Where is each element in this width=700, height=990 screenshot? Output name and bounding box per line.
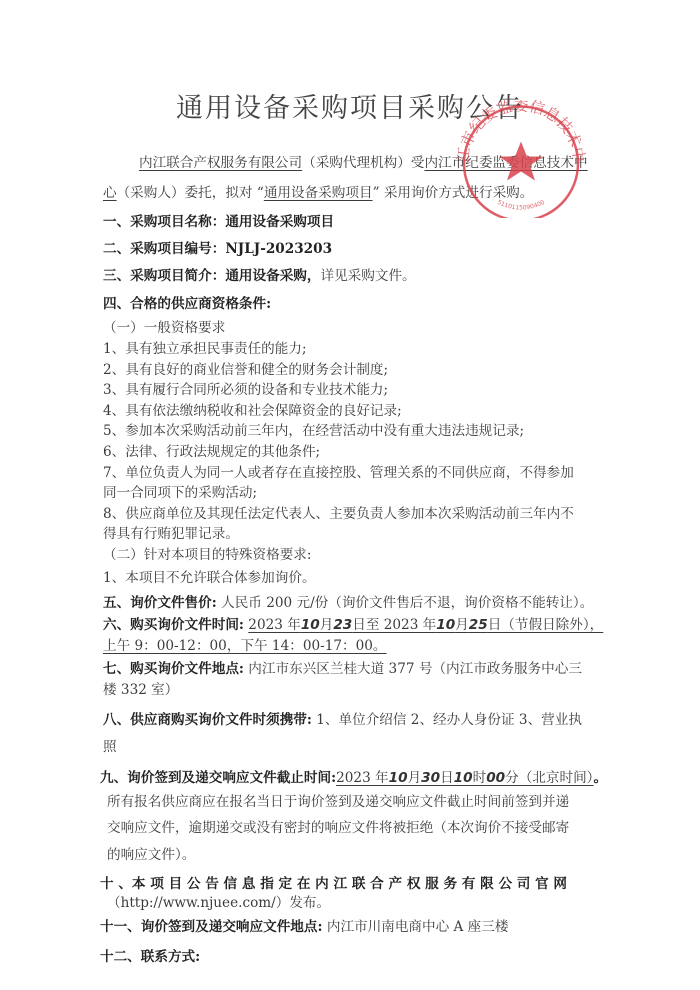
section-3-value: 通用设备采购， [225, 268, 320, 284]
section-12-label: 十二、联系方式: [100, 945, 200, 965]
text: 。 [593, 770, 607, 786]
general-item: 1、具有独立承担民事责任的能力; [103, 337, 307, 357]
general-item: 3、具有履行合同所必须的设备和专业技术能力; [103, 378, 388, 398]
section-8-cont: 照 [103, 735, 117, 755]
section-2: 二、采购项目编号：NJLJ-2023203 [103, 237, 332, 257]
project-name-ref: 通用设备采购项目 [264, 185, 373, 201]
handwritten-minute: 00 [486, 770, 505, 786]
section-11-value: 内江市川南电商中心 A 座三楼 [323, 919, 509, 935]
official-seal-icon: 内江市纪委监委信息技术中心 5110115090400 [446, 100, 596, 218]
section-5-value: 人民币 200 元/份（询价文件售后不退，询价资格不能转让）。 [217, 595, 594, 611]
text: 月 [408, 770, 422, 786]
section-7-label: 七、购买询价文件地点: [103, 661, 244, 677]
section-1-value: 通用设备采购项目 [225, 214, 334, 230]
text: 日至 2023 年 [352, 617, 436, 633]
purchaser-role: （采购人）委托，拟对 “ [117, 185, 264, 201]
text: 月 [320, 617, 334, 633]
handwritten-month: 10 [389, 770, 408, 786]
purchaser-name-cont: 心 [103, 185, 117, 201]
section-2-label: 二、采购项目编号： [103, 241, 225, 257]
general-item: 6、法律、行政法规规定的其他条件; [103, 440, 320, 460]
section-6: 六、购买询价文件时间: 2023 年10月23日至 2023 年10月25日（节… [103, 613, 603, 633]
general-item: 同一合同项下的采购活动; [103, 481, 257, 501]
section-7-cont: 楼 332 室） [103, 678, 178, 698]
agent-role: （采购代理机构）受 [302, 155, 424, 171]
general-item: 5、参加本次采购活动前三年内，在经营活动中没有重大违法违规记录; [103, 419, 524, 439]
general-requirements-title: （一）一般资格要求 [103, 316, 225, 336]
svg-text:5110115090400: 5110115090400 [496, 199, 546, 212]
section-9-note: 交响应文件，逾期递交或没有密封的响应文件将被拒绝（本次询价不接受邮寄 [107, 816, 569, 836]
handwritten-month: 10 [436, 617, 455, 633]
section-3-label: 三、采购项目简介： [103, 268, 225, 284]
handwritten-month: 10 [301, 617, 320, 633]
general-item: 得具有行贿犯罪记录。 [103, 522, 239, 542]
general-item: 8、供应商单位及其现任法定代表人、主要负责人参加本次采购活动前三年内不 [103, 502, 574, 522]
section-7: 七、购买询价文件地点: 内江市东兴区兰桂大道 377 号（内江市政务服务中心三 [103, 657, 582, 677]
section-11: 十一、询价签到及递交响应文件地点: 内江市川南电商中心 A 座三楼 [100, 915, 508, 935]
handwritten-day: 30 [421, 770, 440, 786]
general-item: 4、具有依法缴纳税收和社会保障资金的良好记录; [103, 399, 402, 419]
section-5: 五、询价文件售价: 人民币 200 元/份（询价文件售后不退，询价资格不能转让）… [103, 591, 593, 611]
general-item: 2、具有良好的商业信誉和健全的财务会计制度; [103, 358, 388, 378]
section-8: 八、供应商购买询价文件时须携带: 1、单位介绍信 2、经办人身份证 3、营业执 [103, 708, 582, 728]
section-8-label: 八、供应商购买询价文件时须携带: [103, 712, 312, 728]
section-10-cont: （http://www.njuee.com/）发布。 [107, 891, 330, 911]
text: 2023 年 [336, 770, 389, 786]
text: 日 [440, 770, 454, 786]
handwritten-hour: 10 [454, 770, 473, 786]
section-9-note: 所有报名供应商应在报名当日于询价签到及递交响应文件截止时间前签到并递 [107, 790, 569, 810]
agent-name: 内江联合产权服务有限公司 [139, 155, 302, 171]
section-3: 三、采购项目简介：通用设备采购，详见采购文件。 [103, 264, 416, 284]
section-9-label: 九、询价签到及递交响应文件截止时间: [100, 770, 336, 786]
handwritten-day: 23 [333, 617, 352, 633]
text: 日（节假日除外）， [488, 617, 604, 633]
text: 2023 年 [248, 617, 301, 633]
special-item: 1、本项目不允许联合体参加询价。 [103, 566, 316, 586]
section-1-label: 一、采购项目名称： [103, 214, 225, 230]
general-item: 7、单位负责人为同一人或者存在直接控股、管理关系的不同供应商，不得参加 [103, 461, 574, 481]
handwritten-day: 25 [469, 617, 488, 633]
section-11-label: 十一、询价签到及递交响应文件地点: [100, 919, 323, 935]
section-5-label: 五、询价文件售价: [103, 595, 217, 611]
deadline: 2023 年10月30日10时00分（北京时间） [336, 770, 593, 786]
section-9-note: 的响应文件）。 [107, 843, 195, 863]
section-4-label: 四、合格的供应商资格条件: [103, 292, 271, 312]
section-1: 一、采购项目名称：通用设备采购项目 [103, 210, 334, 230]
section-2-value: NJLJ-2023203 [225, 241, 332, 257]
text: 时 [473, 770, 487, 786]
section-6-label: 六、购买询价文件时间: [103, 617, 244, 633]
section-7-value: 内江市东兴区兰桂大道 377 号（内江市政务服务中心三 [244, 661, 582, 677]
document-page: 通用设备采购项目采购公告 内江联合产权服务有限公司（采购代理机构）受内江市纪委监… [0, 0, 700, 990]
special-requirements-title: （二）针对本项目的特殊资格要求: [103, 543, 312, 563]
section-3-tail: 详见采购文件。 [321, 268, 416, 284]
section-9: 九、询价签到及递交响应文件截止时间:2023 年10月30日10时00分（北京时… [100, 766, 607, 786]
text: 分（北京时间） [505, 770, 593, 786]
section-10-label: 十 、本 项 目 公 告 信 息 指 定 在 内 江 联 合 产 权 服 务 有… [100, 872, 567, 892]
purchase-time-range: 2023 年10月23日至 2023 年10月25日（节假日除外）， [248, 617, 603, 633]
section-8-value: 1、单位介绍信 2、经办人身份证 3、营业执 [312, 712, 582, 728]
purchase-time-hours: 上午 9：00-12：00，下午 14：00-17：00。 [103, 634, 387, 654]
text: 月 [455, 617, 469, 633]
